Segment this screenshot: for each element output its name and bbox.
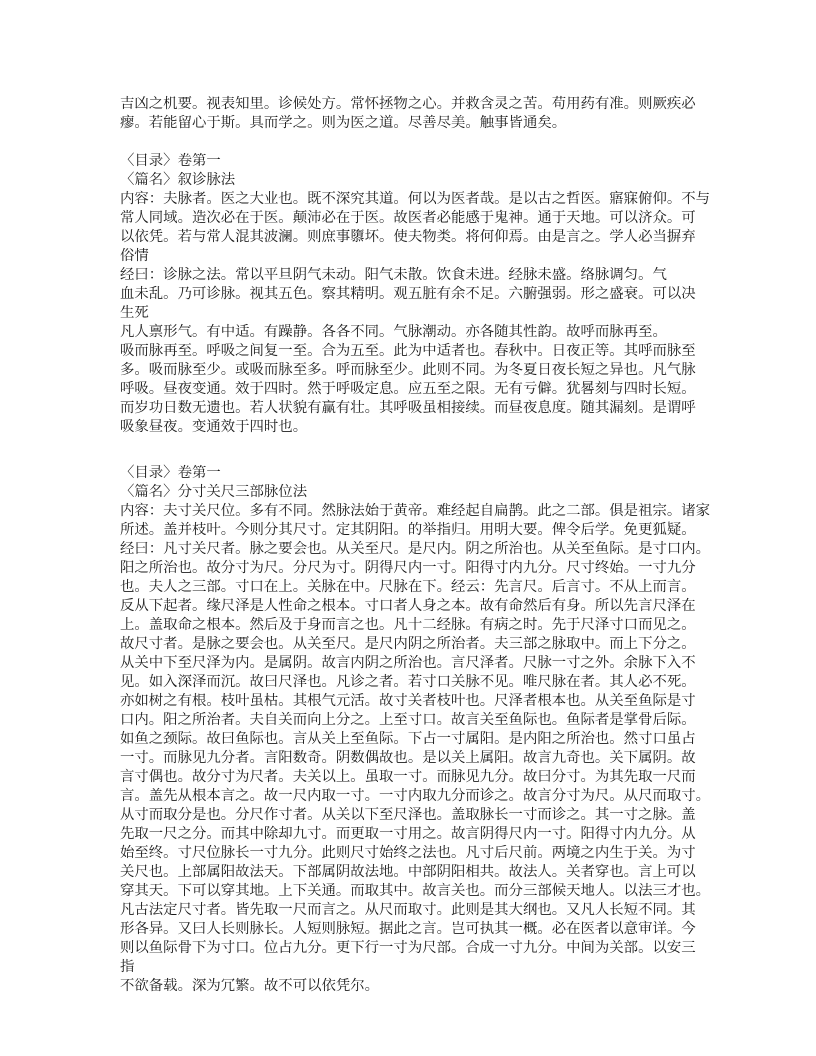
- text-line: 上。盖取命之根本。然后及于身而言之也。凡十二经脉。有病之时。先于尺泽寸口而见之。: [120, 616, 698, 635]
- text-line: 言寸偶也。故分寸为尺者。夫关以上。虽取一寸。而脉见九分。故曰分寸。为其先取一尺而: [120, 768, 698, 787]
- text-line: 从关中下至尺泽为内。是属阴。故言内阴之所治也。言尺泽者。尺脉一寸之外。余脉下入不: [120, 654, 698, 673]
- text-line: 则以鱼际骨下为寸口。位占九分。更下行一寸为尺部。合成一寸九分。中间为关部。以安三: [120, 939, 698, 958]
- text-line: 穿其天。下可以穿其地。上下关通。而取其中。故言关也。而分三部候天地人。以法三才也…: [120, 882, 698, 901]
- section-xu-zhen-mai-fa: 〈目录〉卷第一 〈篇名〉叙诊脉法 内容：夫脉者。医之大业也。既不深究其道。何以为…: [120, 152, 698, 437]
- text-line: 关尺也。上部属阳故法天。下部属阴故法地。中部阴阳相共。故法人。关者穿也。言上可以: [120, 863, 698, 882]
- text-line: 吸而脉再至。呼吸之间复一至。合为五至。此为中适者也。春秋中。日夜正等。其呼而脉至: [120, 342, 698, 361]
- intro-paragraph: 吉凶之机要。视表知里。诊候处方。常怀拯物之心。并救含灵之苦。苟用药有准。则厥疾必…: [120, 95, 698, 133]
- text-line: 阳之所治也。故分寸为尺。分尺为寸。阴得尺内一寸。阳得寸内九分。尺寸终始。一寸九分: [120, 559, 698, 578]
- text-line: 以依凭。若与常人混其波澜。则庶事隳坏。使夫物类。将何仰焉。由是言之。学人必当摒弃: [120, 228, 698, 247]
- text-line: 所述。盖并枝叶。今则分其尺寸。定其阴阳。的举指归。用明大要。俾令后学。免更狐疑。: [120, 521, 698, 540]
- text-line: 凡古法定尺寸者。皆先取一尺而言之。从尺而取寸。此则是其大纲也。又凡人长短不同。其: [120, 901, 698, 920]
- section-fen-cun-guan-chi: 〈目录〉卷第一 〈篇名〉分寸关尺三部脉位法 内容：夫寸关尺位。多有不同。然脉法始…: [120, 464, 698, 996]
- section-content: 内容：夫脉者。医之大业也。既不深究其道。何以为医者哉。是以古之哲医。寤寐俯仰。不…: [120, 190, 698, 437]
- text-line: 俗情: [120, 247, 698, 266]
- text-line: 亦如树之有根。枝叶虽枯。其根气元活。故寸关者枝叶也。尺泽者根本也。从关至鱼际是寸: [120, 692, 698, 711]
- text-line: 常人同域。造次必在于医。颠沛必在于医。故医者必能感于鬼神。通于天地。可以济众。可: [120, 209, 698, 228]
- text-line: 呼吸。昼夜变通。效于四时。然于呼吸定息。应五至之限。无有亏僻。犹晷刻与四时长短。: [120, 380, 698, 399]
- text-line: 也。夫人之三部。寸口在上。关脉在中。尺脉在下。经云：先言尺。后言寸。不从上而言。: [120, 578, 698, 597]
- text-line: 经曰：凡寸关尺者。脉之要会也。从关至尺。是尺内。阴之所治也。从关至鱼际。是寸口内…: [120, 540, 698, 559]
- text-line: 瘳。若能留心于斯。具而学之。则为医之道。尽善尽美。触事皆通矣。: [120, 114, 698, 133]
- text-line: 经曰：诊脉之法。常以平旦阴气未动。阳气未散。饮食未进。经脉未盛。络脉调匀。气: [120, 266, 698, 285]
- section-content: 内容：夫寸关尺位。多有不同。然脉法始于黄帝。难经起自扁鹊。此之二部。俱是祖宗。诸…: [120, 502, 698, 996]
- text-line: 内容：夫脉者。医之大业也。既不深究其道。何以为医者哉。是以古之哲医。寤寐俯仰。不…: [120, 190, 698, 209]
- text-line: 始至终。寸尺位脉长一寸九分。此则尺寸始终之法也。凡寸后尺前。两境之内生于关。为寸: [120, 844, 698, 863]
- text-line: 从寸而取分是也。分尺作寸者。从关以下至尺泽也。盖取脉长一寸而诊之。其一寸之脉。盖: [120, 806, 698, 825]
- text-line: 口内。阳之所治者。夫自关而向上分之。上至寸口。故言关至鱼际也。鱼际者是掌骨后际。: [120, 711, 698, 730]
- text-line: 如鱼之颈际。故曰鱼际也。言从关上至鱼际。下占一寸属阳。是内阳之所治也。然寸口虽占: [120, 730, 698, 749]
- text-line: 先取一尺之分。而其中除却九寸。而更取一寸用之。故言阴得尺内一寸。阳得寸内九分。从: [120, 825, 698, 844]
- toc-heading: 〈目录〉卷第一: [120, 464, 698, 483]
- text-line: 血未乱。乃可诊脉。视其五色。察其精明。观五脏有余不足。六腑强弱。形之盛衰。可以决: [120, 285, 698, 304]
- chapter-title: 〈篇名〉叙诊脉法: [120, 171, 698, 190]
- text-line: 故尺寸者。是脉之要会也。从关至尺。是尺内阴之所治者。夫三部之脉取中。而上下分之。: [120, 635, 698, 654]
- document-page: 吉凶之机要。视表知里。诊候处方。常怀拯物之心。并救含灵之苦。苟用药有准。则厥疾必…: [0, 0, 816, 1056]
- text-line: 多。吸而脉至少。或吸而脉至多。呼而脉至少。此则不同。为冬夏日夜长短之异也。凡气脉: [120, 361, 698, 380]
- text-line: 指: [120, 958, 698, 977]
- text-line: 吉凶之机要。视表知里。诊候处方。常怀拯物之心。并救含灵之苦。苟用药有准。则厥疾必: [120, 95, 698, 114]
- document-body: 吉凶之机要。视表知里。诊候处方。常怀拯物之心。并救含灵之苦。苟用药有准。则厥疾必…: [120, 95, 698, 996]
- text-line: 形各异。又曰人长则脉长。人短则脉短。据此之言。岂可执其一概。必在医者以意审详。今: [120, 920, 698, 939]
- chapter-title: 〈篇名〉分寸关尺三部脉位法: [120, 483, 698, 502]
- toc-heading: 〈目录〉卷第一: [120, 152, 698, 171]
- document-viewport: { "page": { "background_color": "#ffffff…: [0, 0, 816, 1056]
- text-line: 见。如入深泽而沉。故曰尺泽也。凡诊之者。若寸口关脉不见。唯尺脉在者。其人必不死。: [120, 673, 698, 692]
- text-line: 凡人禀形气。有中适。有躁静。各各不同。气脉潮动。亦各随其性韵。故呼而脉再至。: [120, 323, 698, 342]
- text-line: 吸象昼夜。变通效于四时也。: [120, 418, 698, 437]
- text-line: 生死: [120, 304, 698, 323]
- text-line: 不欲备载。深为冗繁。故不可以依凭尔。: [120, 977, 698, 996]
- text-line: 内容：夫寸关尺位。多有不同。然脉法始于黄帝。难经起自扁鹊。此之二部。俱是祖宗。诸…: [120, 502, 698, 521]
- text-line: 反从下起者。缘尺泽是人性命之根本。寸口者人身之本。故有命然后有身。所以先言尺泽在: [120, 597, 698, 616]
- text-line: 言。盖先从根本言之。故一尺内取一寸。一寸内取九分而诊之。故言分寸为尺。从尺而取寸…: [120, 787, 698, 806]
- text-line: 一寸。而脉见九分者。言阳数奇。阴数偶故也。是以关上属阳。故言九奇也。关下属阴。故: [120, 749, 698, 768]
- text-line: 而岁功日数无遗也。若人状貌有赢有壮。其呼吸虽相接续。而昼夜息度。随其漏刻。是谓呼: [120, 399, 698, 418]
